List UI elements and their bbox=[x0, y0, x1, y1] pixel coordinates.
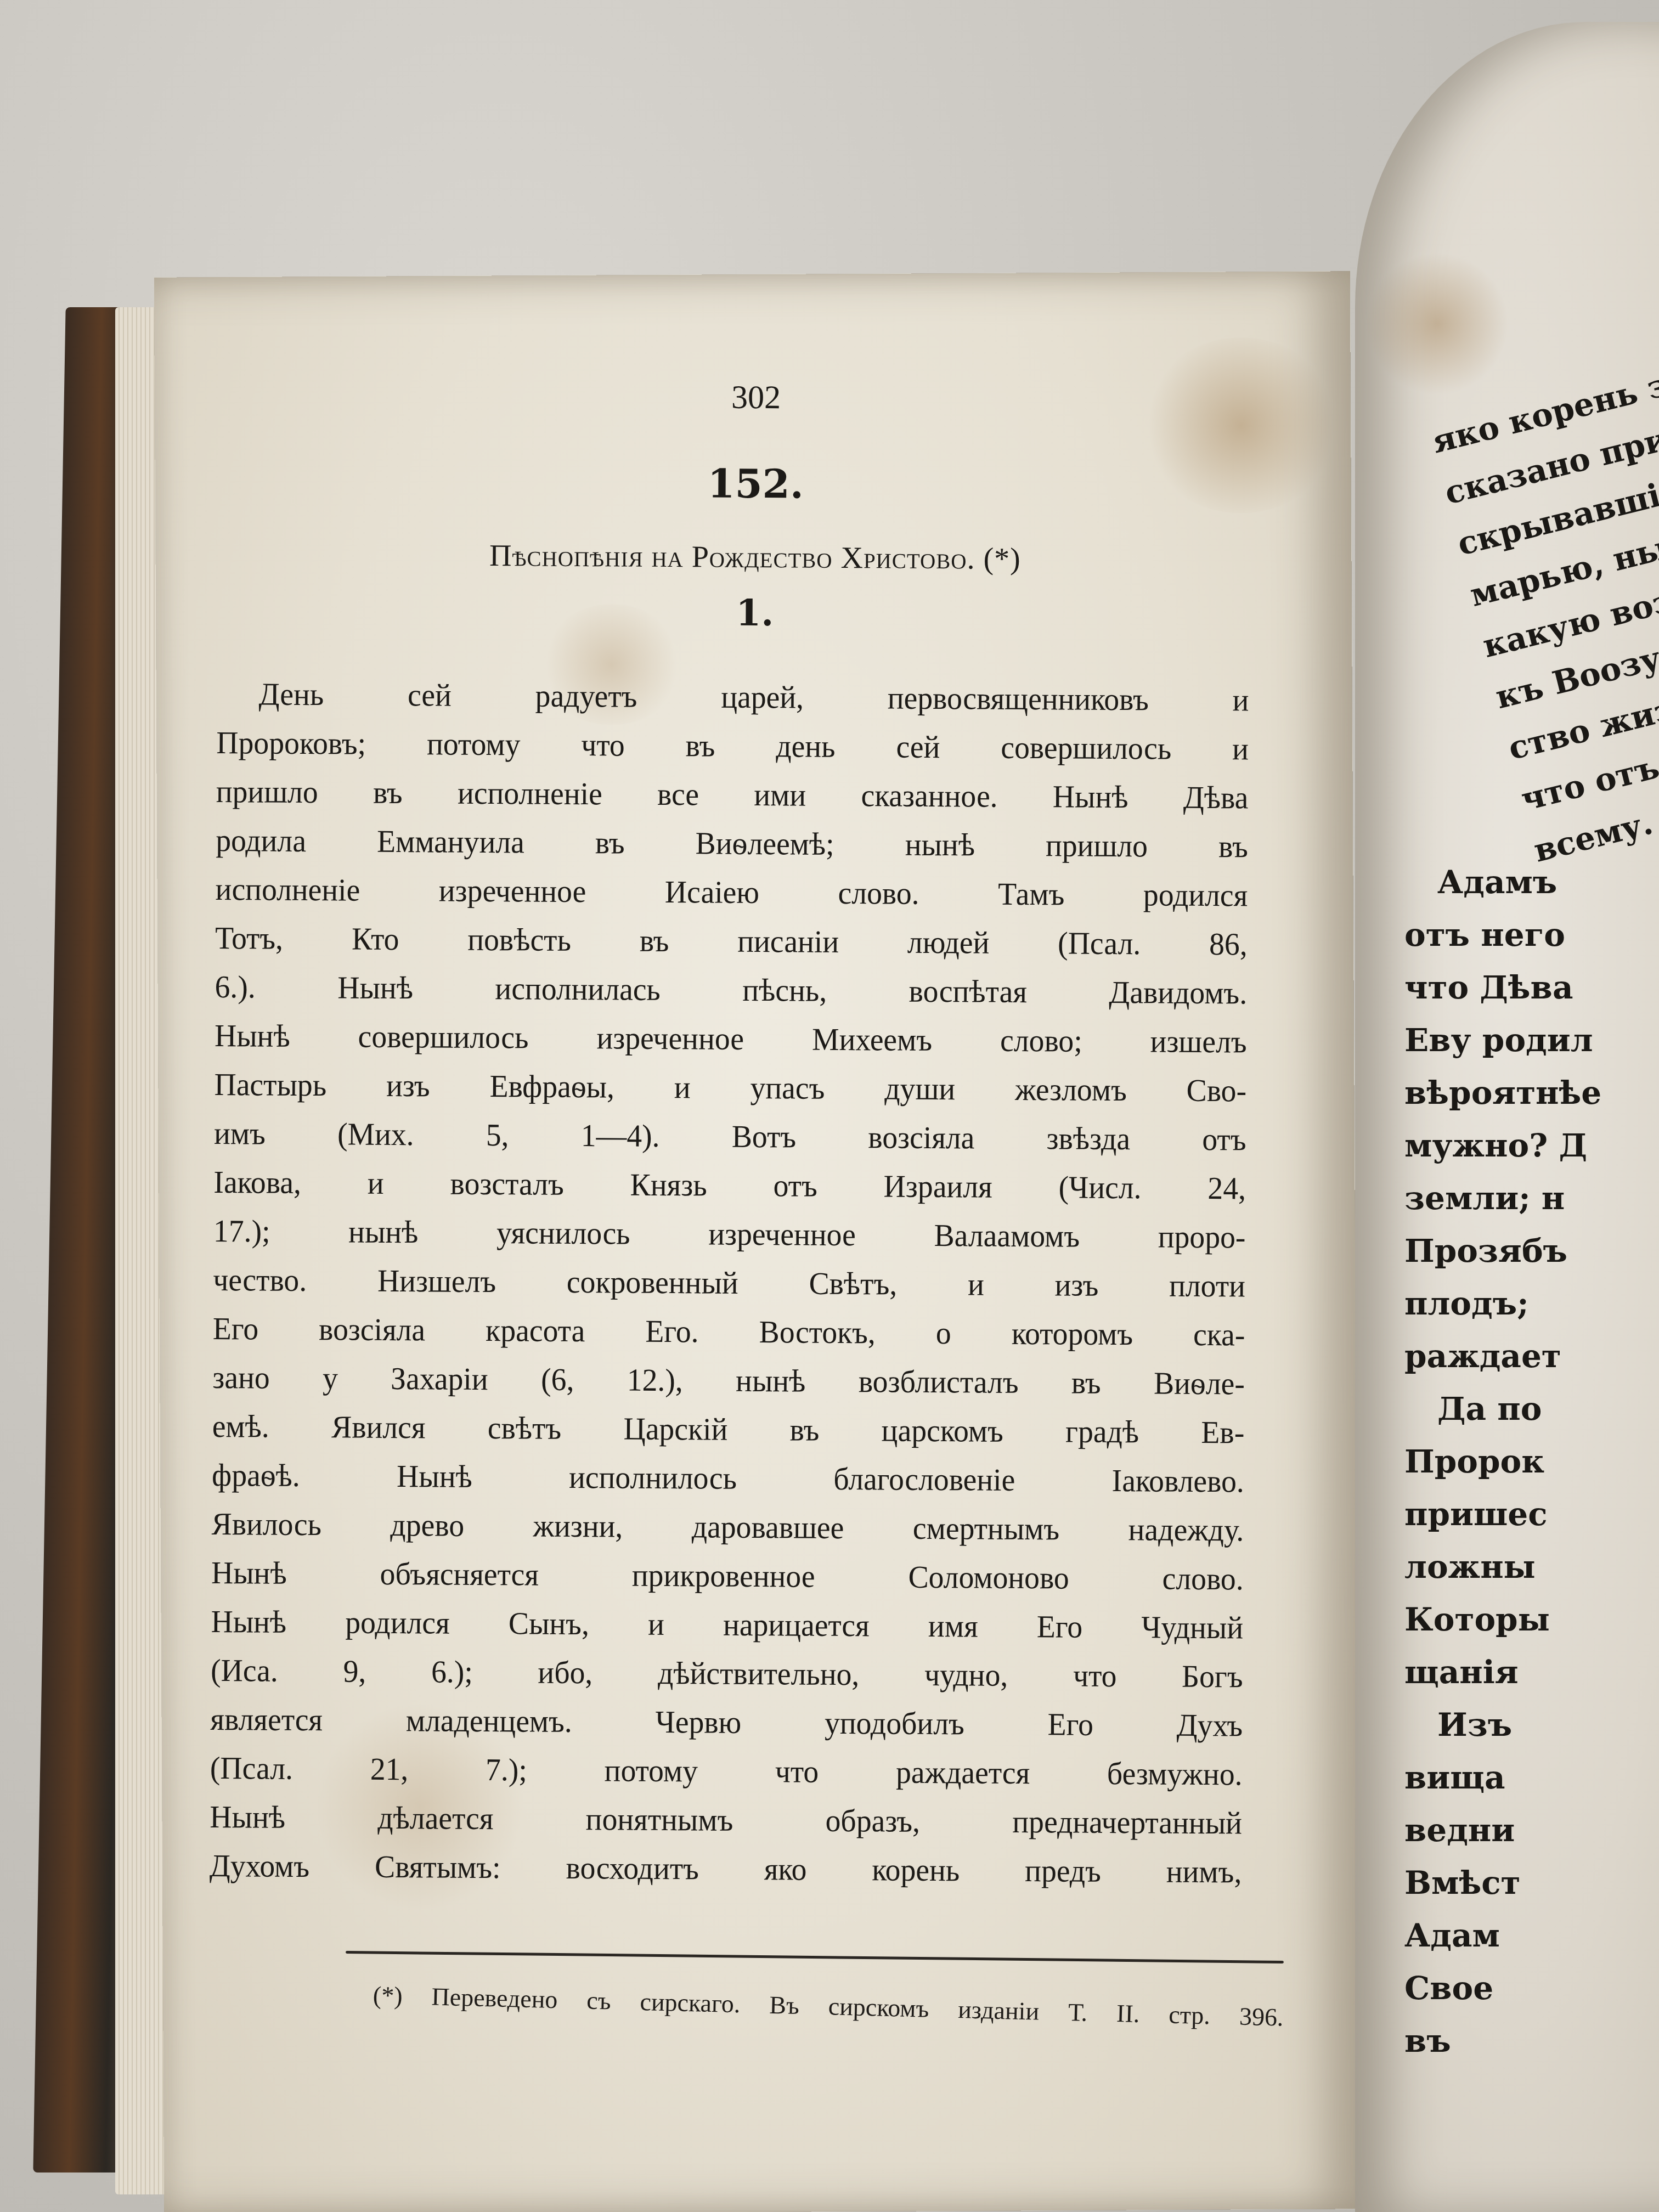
text-line: Нынѣ объясняется прикровенное Соломоново… bbox=[211, 1548, 1244, 1603]
text-line: щанія bbox=[1404, 1646, 1659, 1699]
right-page-text-lower: Адамъ отъ него что Дѣва Еву родил вѣроят… bbox=[1404, 856, 1659, 2067]
text-line: вища bbox=[1404, 1751, 1659, 1804]
right-page: яко корень з сказано прик скрывавшійся м… bbox=[1355, 22, 1659, 2212]
left-page-text: 302 152. Пѣснопѣнія на Рождество Христов… bbox=[210, 375, 1294, 1897]
text-line: ложны bbox=[1404, 1541, 1659, 1593]
text-line: Нынѣ дѣлается понятнымъ образъ, предначе… bbox=[210, 1792, 1242, 1847]
text-line: День сей радуетъ царей, первосвященников… bbox=[217, 669, 1249, 724]
text-line: пришес bbox=[1404, 1488, 1659, 1541]
page-number: 302 bbox=[218, 375, 1294, 420]
hymn-number: 1. bbox=[217, 588, 1293, 637]
text-line: мужно? Д bbox=[1404, 1119, 1659, 1172]
text-line: пришло въ исполненіе все ими сказанное. … bbox=[216, 767, 1249, 822]
text-line: (Иса. 9, 6.); ибо, дѣйствительно, чудно,… bbox=[211, 1646, 1243, 1701]
text-line: Его возсіяла красота Его. Востокъ, о кот… bbox=[213, 1304, 1245, 1359]
text-line: земли; н bbox=[1404, 1172, 1659, 1224]
text-line: Адамъ bbox=[1404, 856, 1659, 909]
foxing-stain bbox=[1366, 252, 1509, 395]
text-line: является младенцемъ. Червю уподобилъ Его… bbox=[210, 1695, 1243, 1750]
text-line: Нынѣ совершилось изреченное Михеемъ слов… bbox=[215, 1011, 1247, 1066]
text-line: отъ него bbox=[1404, 909, 1659, 961]
section-number: 152. bbox=[218, 457, 1293, 510]
text-line: 6.). Нынѣ исполнилась пѣснь, воспѣтая Да… bbox=[215, 962, 1247, 1017]
text-line: родила Еммануила въ Виѳлеемѣ; нынѣ пришл… bbox=[216, 816, 1248, 871]
text-line: Вмѣст bbox=[1404, 1857, 1659, 1909]
text-line: Духомъ Святымъ: восходитъ яко корень пре… bbox=[210, 1841, 1242, 1896]
text-line: Тотъ, Кто повѣсть въ писаніи людей (Псал… bbox=[215, 913, 1248, 968]
text-line: Нынѣ родился Сынъ, и нарицается имя Его … bbox=[211, 1597, 1243, 1652]
text-line: ведни bbox=[1404, 1804, 1659, 1857]
text-line: что Дѣва bbox=[1404, 961, 1659, 1014]
text-line: раждает bbox=[1404, 1330, 1659, 1383]
text-line: емѣ. Явился свѣтъ Царскій въ царскомъ гр… bbox=[212, 1402, 1244, 1457]
text-line: Адам bbox=[1404, 1909, 1659, 1962]
text-line: имъ (Мих. 5, 1—4). Вотъ возсіяла звѣзда … bbox=[214, 1109, 1246, 1164]
text-line: въ bbox=[1404, 2015, 1659, 2067]
text-line: Явилось древо жизни, даровавшее смертным… bbox=[211, 1499, 1244, 1554]
text-line: Пророковъ; потому что въ день сей соверш… bbox=[216, 718, 1249, 773]
chapter-title: Пѣснопѣнія на Рождество Христово. (*) bbox=[217, 537, 1293, 578]
text-line: Которы bbox=[1404, 1593, 1659, 1646]
text-line: Свое bbox=[1404, 1962, 1659, 2015]
text-line: Прозябъ bbox=[1404, 1224, 1659, 1277]
text-line: чество. Низшелъ сокровенный Свѣтъ, и изъ… bbox=[213, 1255, 1245, 1310]
text-line: Пастырь изъ Евфраѳы, и упасъ души жезлом… bbox=[214, 1060, 1246, 1115]
text-line: Изъ bbox=[1404, 1699, 1659, 1751]
text-line: исполненіе изреченное Исаіею слово. Тамъ… bbox=[215, 865, 1248, 919]
text-line: плодъ; bbox=[1404, 1277, 1659, 1330]
body-text: День сей радуетъ царей, первосвященников… bbox=[210, 669, 1293, 1897]
text-line: Да по bbox=[1404, 1383, 1659, 1435]
right-page-text: яко корень з сказано прик скрывавшійся м… bbox=[1426, 337, 1659, 877]
text-line: зано у Захаріи (6, 12.), нынѣ возблистал… bbox=[212, 1353, 1245, 1408]
text-line: вѣроятнѣе bbox=[1404, 1066, 1659, 1119]
text-line: Іакова, и возсталъ Князь отъ Израиля (Чи… bbox=[213, 1158, 1246, 1212]
text-line: 17.); нынѣ уяснилось изреченное Валаамом… bbox=[213, 1206, 1246, 1261]
text-line: фраѳѣ. Нынѣ исполнилось благословеніе Іа… bbox=[212, 1451, 1244, 1505]
text-line: Еву родил bbox=[1404, 1014, 1659, 1066]
text-line: Пророк bbox=[1404, 1435, 1659, 1488]
text-line: (Псал. 21, 7.); потому что раждается без… bbox=[210, 1743, 1243, 1798]
